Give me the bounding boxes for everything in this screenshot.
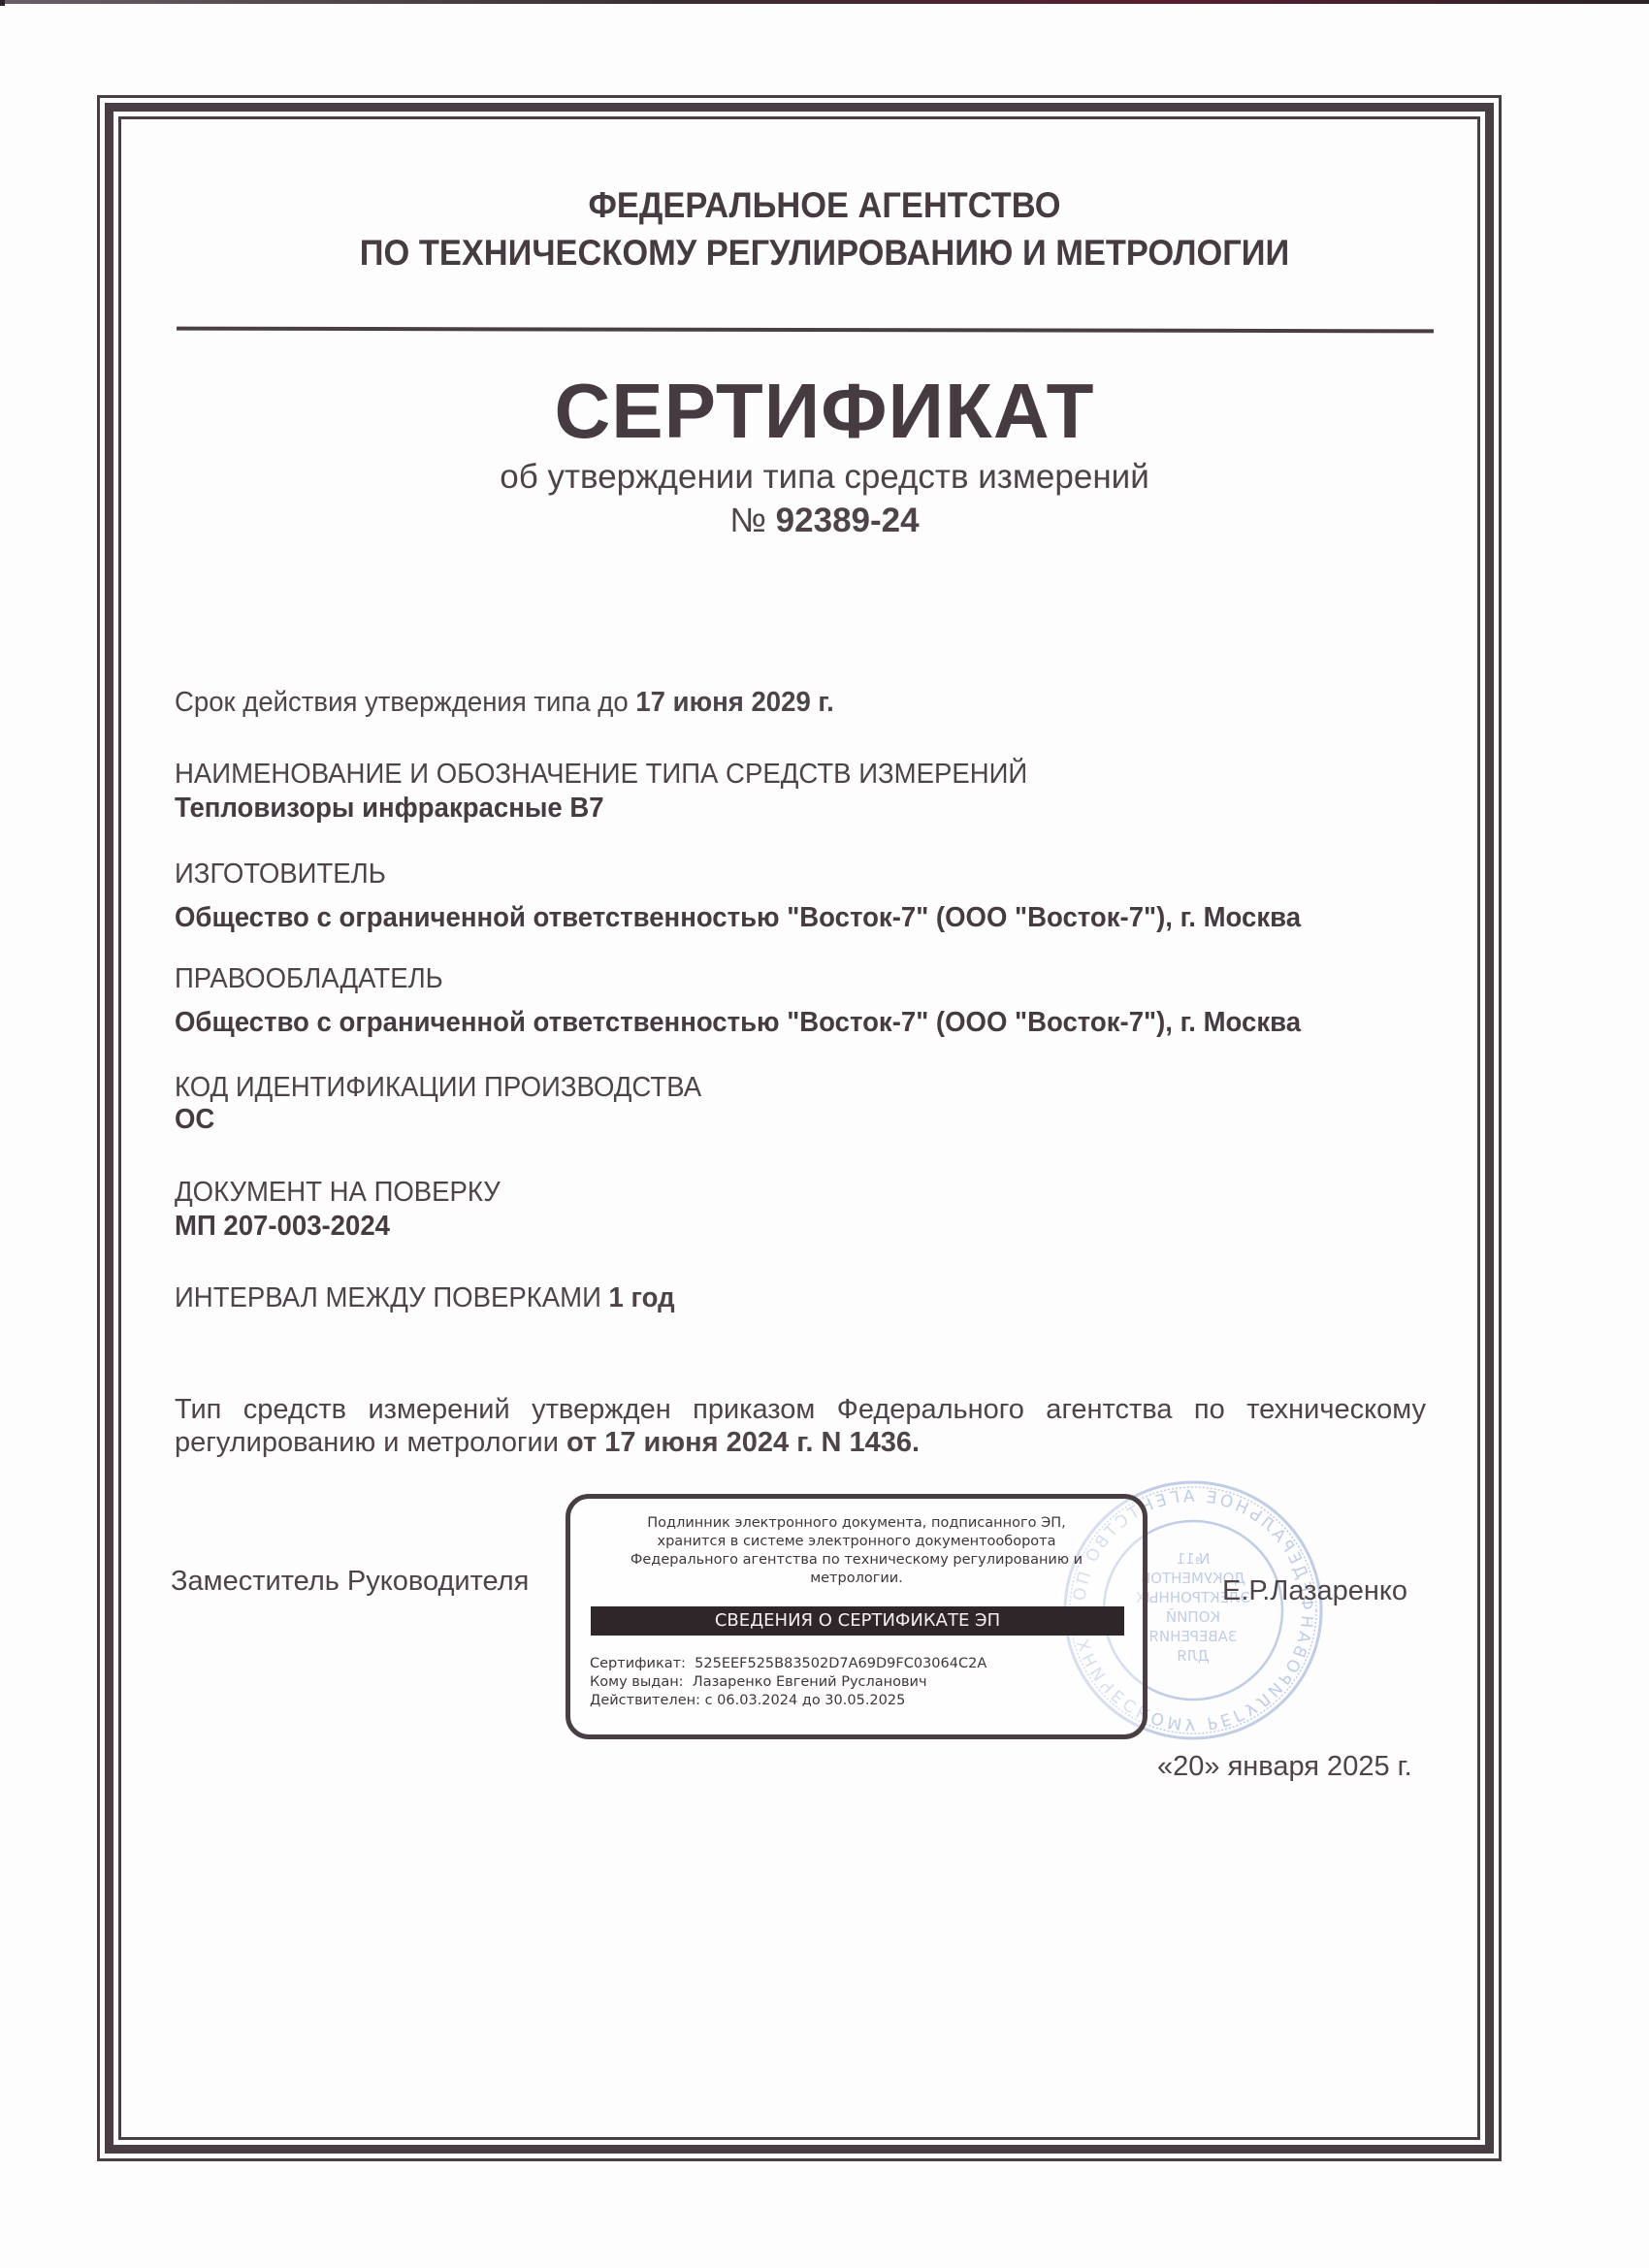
signatory-role: Заместитель Руководителя xyxy=(171,1566,529,1598)
signatory-name: Е.Р.Лазаренко xyxy=(1222,1575,1407,1607)
esig-notice-line: Федерального агентства по техническому р… xyxy=(570,1551,1143,1570)
interval-value: 1 год xyxy=(609,1282,675,1313)
number-value: 92389-24 xyxy=(776,502,920,539)
number-prefix: № xyxy=(729,502,766,539)
esig-notice: Подлинник электронного документа, подпис… xyxy=(570,1514,1143,1588)
field-value-production-code: ОС xyxy=(175,1104,214,1136)
esig-notice-line: метрологии. xyxy=(570,1570,1143,1588)
esig-notice-line: хранится в системе электронного документ… xyxy=(570,1533,1143,1551)
esig-valid-row: Действителен: с 06.03.2024 до 30.05.2025 xyxy=(590,1692,986,1710)
interval-label: ИНТЕРВАЛ МЕЖДУ ПОВЕРКАМИ xyxy=(175,1282,601,1313)
agency-name-line2: ПО ТЕХНИЧЕСКОМУ РЕГУЛИРОВАНИЮ И МЕТРОЛОГ… xyxy=(58,233,1592,274)
approval-order-paragraph: Тип средств измерений утвержден приказом… xyxy=(175,1393,1426,1459)
esig-valid-label: Действителен: xyxy=(590,1692,700,1710)
esig-certificate-label: Сертификат: xyxy=(590,1655,686,1673)
svg-text:ДЛЯ: ДЛЯ xyxy=(1177,1647,1209,1665)
esig-issued-to-label: Кому выдан: xyxy=(590,1673,684,1692)
svg-text:ЗАВЕРЕНИЯ: ЗАВЕРЕНИЯ xyxy=(1148,1628,1237,1645)
certificate-subtitle: об утверждении типа средств измерений xyxy=(0,458,1649,497)
order-reference: от 17 июня 2024 г. N 1436. xyxy=(566,1427,920,1458)
certificate-title: СЕРТИФИКАТ xyxy=(0,367,1649,456)
verification-interval: ИНТЕРВАЛ МЕЖДУ ПОВЕРКАМИ 1 год xyxy=(175,1282,675,1314)
esig-issued-to-value: Лазаренко Евгений Русланович xyxy=(693,1674,927,1690)
svg-text:КОПИЙ: КОПИЙ xyxy=(1166,1607,1220,1626)
validity-date: 17 июня 2029 г. xyxy=(635,687,833,718)
field-label-type-name: НАИМЕНОВАНИЕ И ОБОЗНАЧЕНИЕ ТИПА СРЕДСТВ … xyxy=(175,759,1027,791)
certificate-number: № 92389-24 xyxy=(0,502,1649,540)
field-value-verification-doc: МП 207-003-2024 xyxy=(175,1211,390,1243)
agency-name-line1: ФЕДЕРАЛЬНОЕ АГЕНТСТВО xyxy=(58,185,1592,226)
esig-valid-value: с 06.03.2024 до 30.05.2025 xyxy=(705,1693,906,1708)
svg-text:№11: №11 xyxy=(1177,1550,1211,1568)
esig-issued-to-row: Кому выдан: Лазаренко Евгений Русланович xyxy=(590,1673,986,1692)
field-label-manufacturer: ИЗГОТОВИТЕЛЬ xyxy=(175,859,386,891)
electronic-signature-box: Подлинник электронного документа, подпис… xyxy=(566,1494,1148,1739)
esig-certificate-value: 525EEF525B83502D7A69D9FC03064C2A xyxy=(695,1656,986,1671)
field-value-type-name: Тепловизоры инфракрасные В7 xyxy=(175,793,604,825)
esig-header-bar: СВЕДЕНИЯ О СЕРТИФИКАТЕ ЭП xyxy=(591,1606,1124,1636)
validity-label: Срок действия утверждения типа до xyxy=(175,687,629,718)
esig-details: Сертификат: 525EEF525B83502D7A69D9FC0306… xyxy=(590,1655,986,1710)
esig-certificate-row: Сертификат: 525EEF525B83502D7A69D9FC0306… xyxy=(590,1655,986,1673)
field-label-verification-doc: ДОКУМЕНТ НА ПОВЕРКУ xyxy=(175,1177,501,1209)
scan-edge xyxy=(0,0,1649,4)
field-label-production-code: КОД ИДЕНТИФИКАЦИИ ПРОИЗВОДСТВА xyxy=(175,1072,701,1104)
field-value-rights-holder: Общество с ограниченной ответственностью… xyxy=(175,1007,1301,1039)
scan-edge-corner xyxy=(0,0,5,6)
validity-line: Срок действия утверждения типа до 17 июн… xyxy=(175,687,834,719)
signature-date: «20» января 2025 г. xyxy=(1157,1751,1412,1783)
field-value-manufacturer: Общество с ограниченной ответственностью… xyxy=(175,902,1301,934)
esig-notice-line: Подлинник электронного документа, подпис… xyxy=(570,1514,1143,1533)
field-label-rights-holder: ПРАВООБЛАДАТЕЛЬ xyxy=(175,963,443,995)
